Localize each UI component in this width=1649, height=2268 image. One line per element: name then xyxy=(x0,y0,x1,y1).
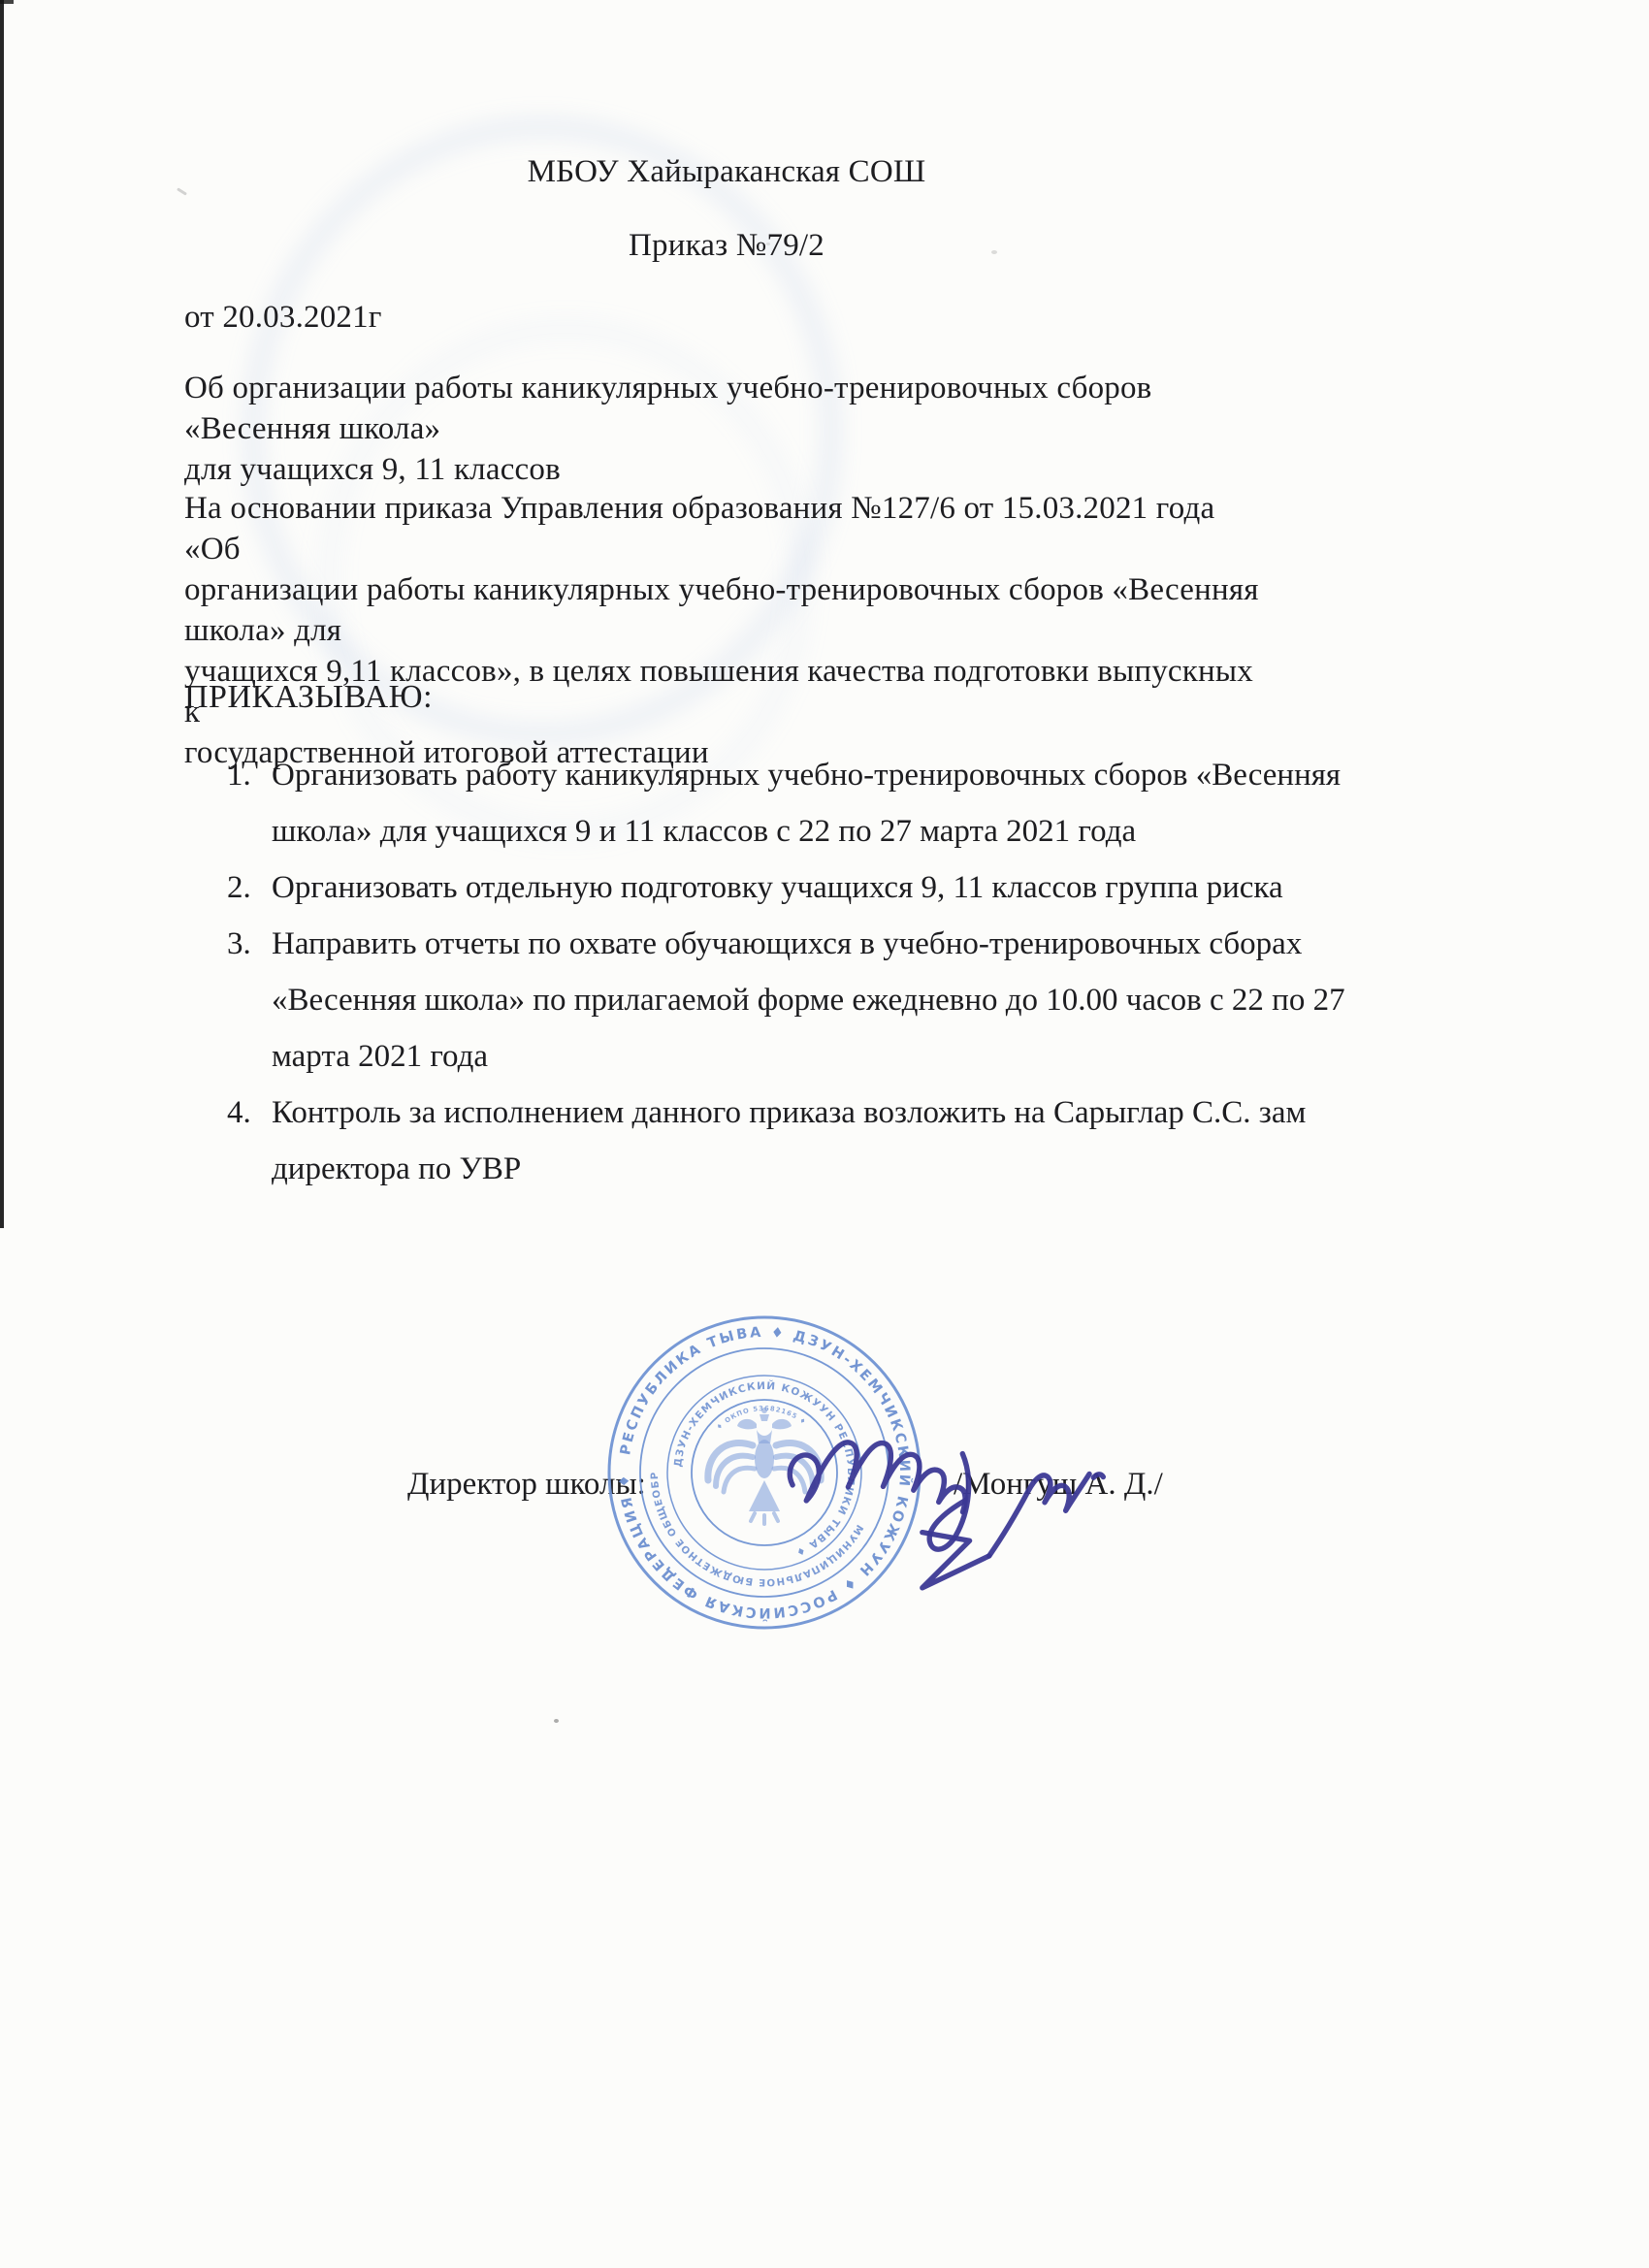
order-item-number: 2. xyxy=(227,859,251,916)
order-item-text: Организовать работу каникулярных учебно-… xyxy=(272,758,1341,793)
signature-strokes xyxy=(788,1425,1110,1597)
order-heading: ПРИКАЗЫВАЮ: xyxy=(184,677,1269,718)
order-item-text: Направить отчеты по охвате обучающихся в… xyxy=(272,926,1302,961)
order-item-number: 4. xyxy=(227,1085,251,1141)
subject-paragraph: Об организации работы каникулярных учебн… xyxy=(184,368,1269,490)
paper-speck xyxy=(554,1719,559,1723)
order-item-line: школа» для учащихся 9 и 11 классов с 22 … xyxy=(184,803,1269,859)
order-item-line: 1. Организовать работу каникулярных учеб… xyxy=(184,747,1269,803)
order-item-line: директора по УВР xyxy=(184,1141,1269,1197)
order-item-line: 3. Направить отчеты по охвате обучающихс… xyxy=(184,916,1269,972)
scan-edge-artifact xyxy=(0,0,4,1228)
scan-edge-artifact xyxy=(0,0,14,4)
org-title: МБОУ Хайыраканская СОШ xyxy=(184,151,1269,192)
order-item-line: «Весенняя школа» по прилагаемой форме еж… xyxy=(184,972,1269,1028)
subject-line: Об организации работы каникулярных учебн… xyxy=(184,368,1269,449)
order-item-text: Организовать отдельную подготовку учащих… xyxy=(272,870,1283,905)
signature-ink xyxy=(774,1376,1114,1604)
order-item-text: «Весенняя школа» по прилагаемой форме еж… xyxy=(272,983,1345,1018)
preamble-paragraph: На основании приказа Управления образова… xyxy=(184,488,1269,773)
order-item-number: 3. xyxy=(227,916,251,972)
order-item-text: директора по УВР xyxy=(272,1151,521,1186)
order-item-text: марта 2021 года xyxy=(272,1039,488,1074)
order-item-line: 4. Контроль за исполнением данного прика… xyxy=(184,1085,1269,1141)
order-item-line: марта 2021 года xyxy=(184,1028,1269,1085)
document-page: МБОУ Хайыраканская СОШ Приказ №79/2 от 2… xyxy=(0,0,1649,2268)
subject-line: для учащихся 9, 11 классов xyxy=(184,449,1269,490)
preamble-line: На основании приказа Управления образова… xyxy=(184,488,1269,569)
order-item-text: школа» для учащихся 9 и 11 классов с 22 … xyxy=(272,814,1136,849)
signature-ink-svg xyxy=(774,1376,1114,1604)
date-line: от 20.03.2021г xyxy=(184,297,1269,338)
order-item-line: 2. Организовать отдельную подготовку уча… xyxy=(184,859,1269,916)
order-list: 1. Организовать работу каникулярных учеб… xyxy=(184,747,1269,1197)
order-item-text: Контроль за исполнением данного приказа … xyxy=(272,1095,1306,1130)
order-title: Приказ №79/2 xyxy=(184,225,1269,266)
preamble-line: организации работы каникулярных учебно-т… xyxy=(184,569,1269,651)
order-item-number: 1. xyxy=(227,747,251,803)
